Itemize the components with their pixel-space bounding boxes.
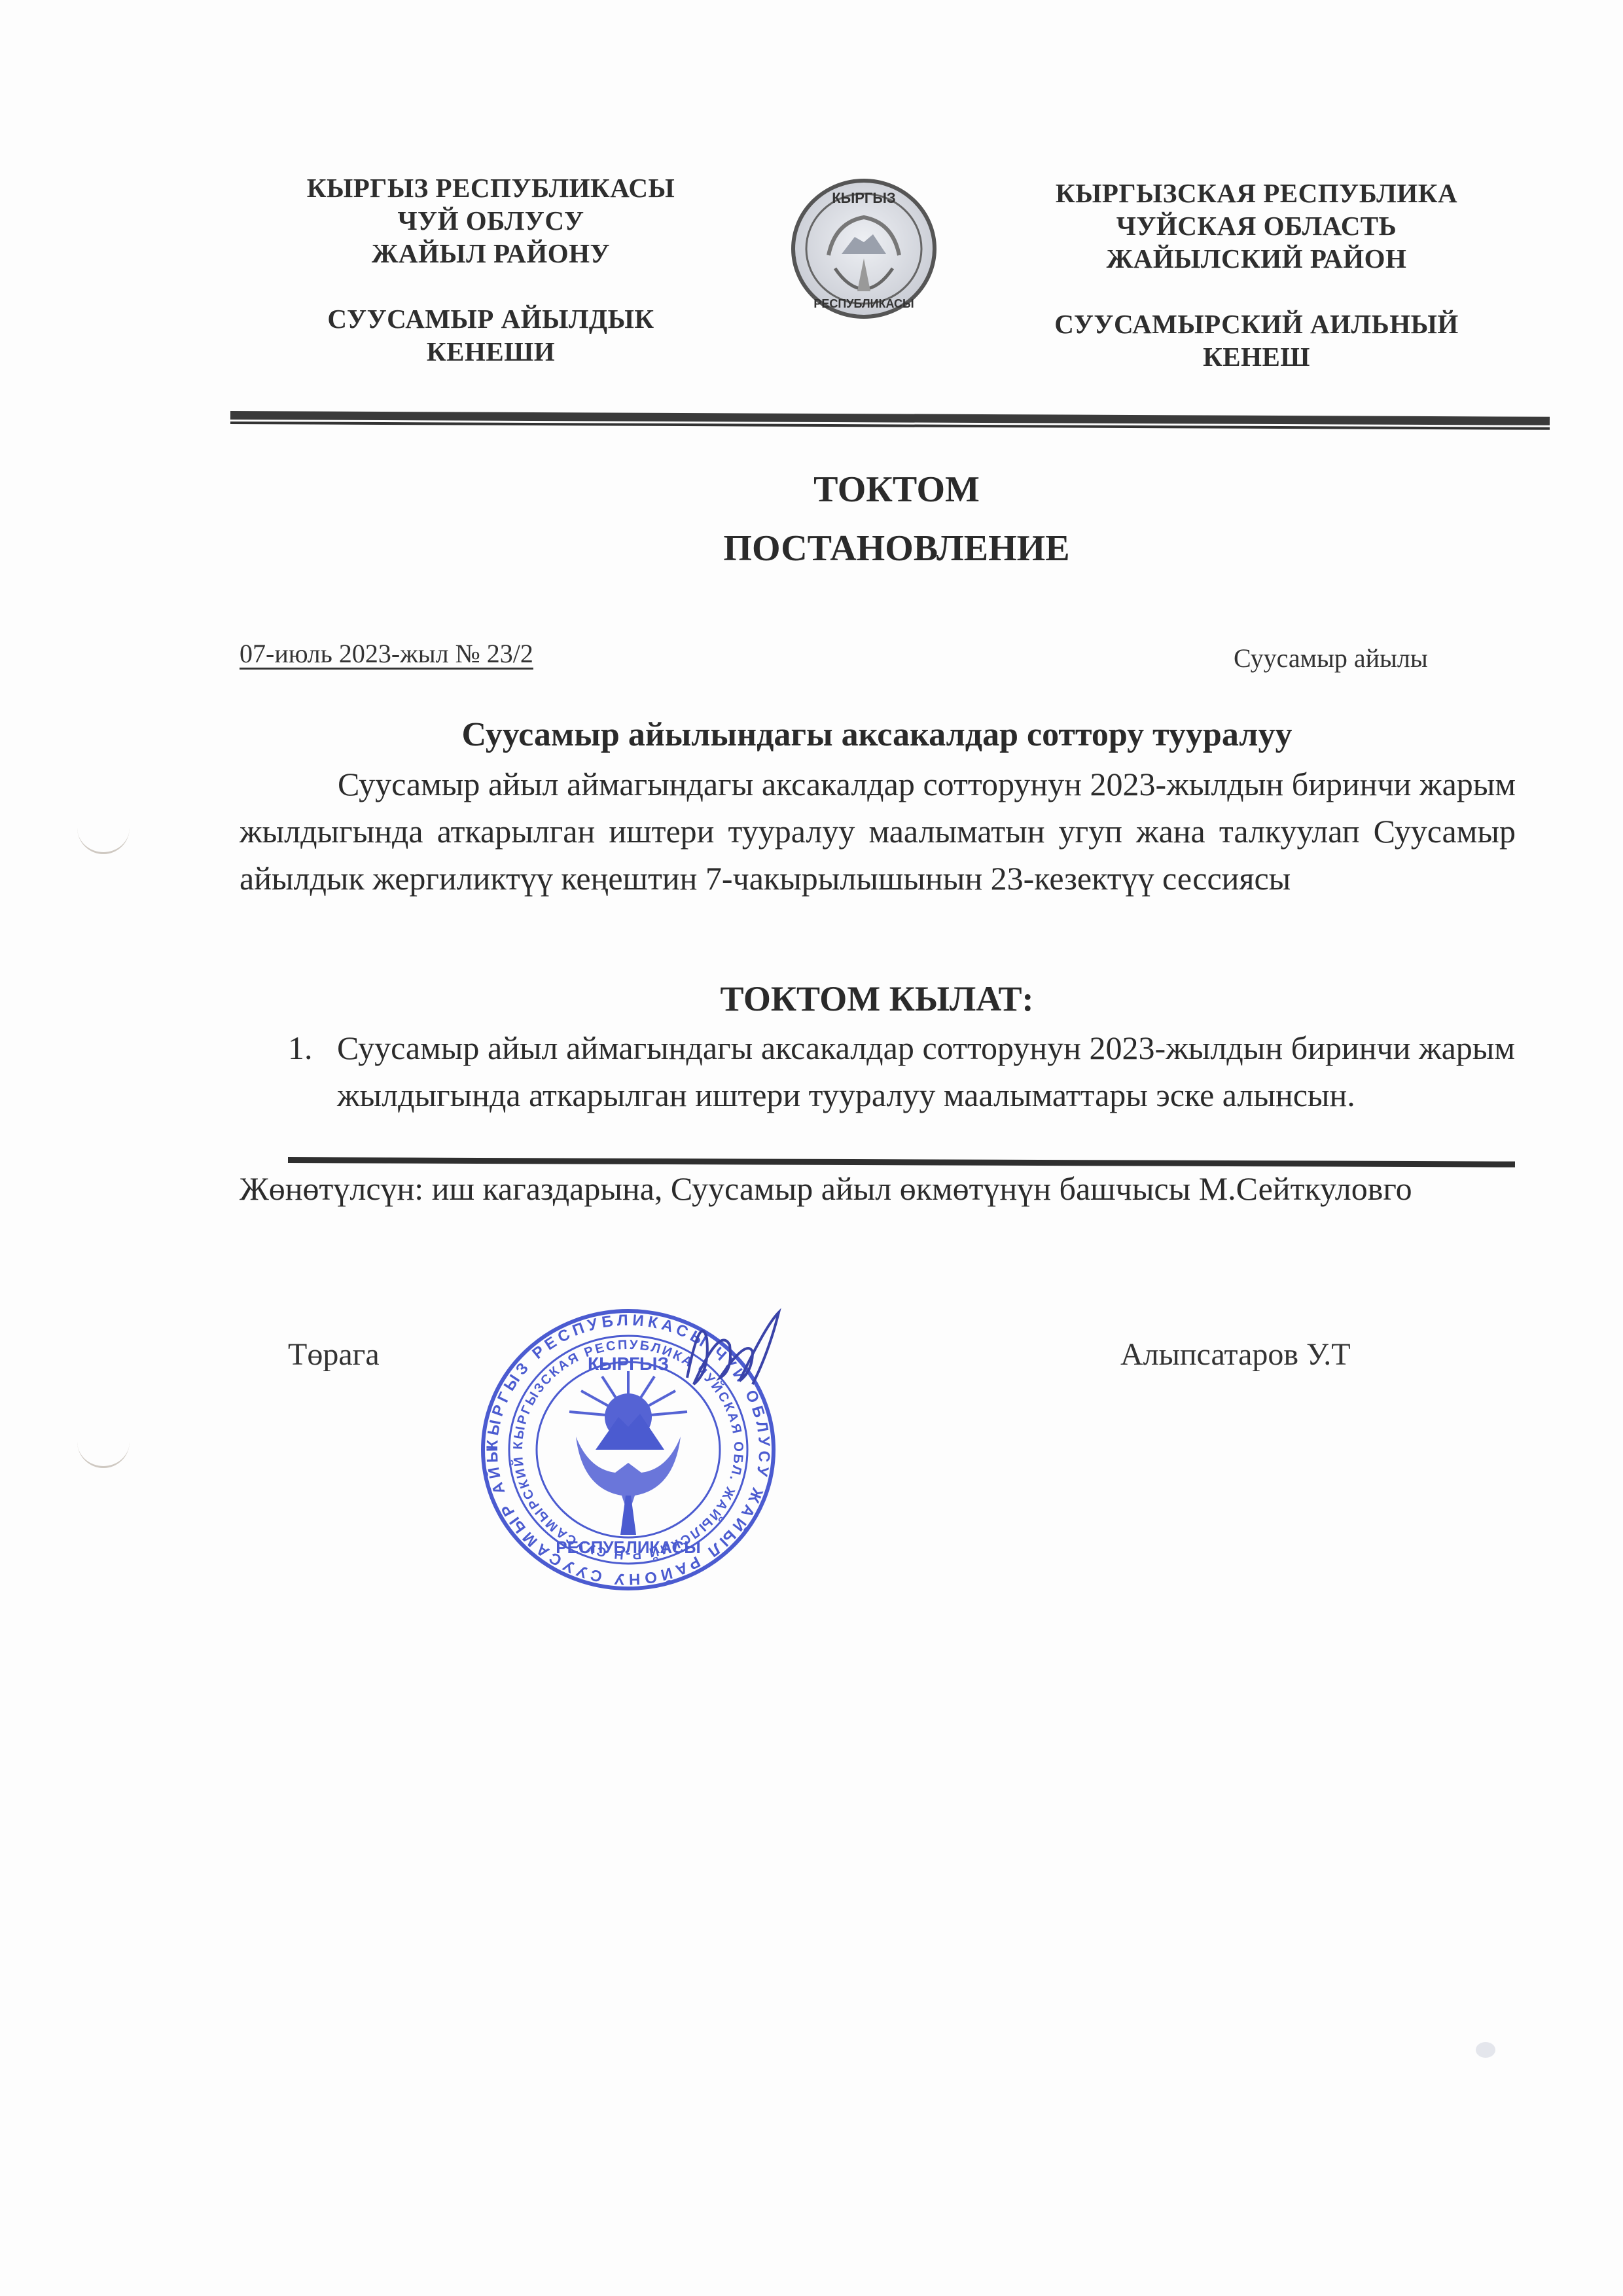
header-right-council: КЕНЕШ xyxy=(988,340,1525,373)
stamp-center-bottom: РЕСПУБЛИКАСЫ xyxy=(556,1537,701,1557)
punch-hole-bottom xyxy=(77,1440,130,1468)
document-subject: Суусамыр айылындагы аксакалдар соттору т… xyxy=(223,715,1531,754)
signatory-name: Алыпсатаров У.Т xyxy=(1120,1336,1351,1372)
punch-hole-top xyxy=(77,826,130,854)
svg-text:РЕСПУБЛИКАСЫ: РЕСПУБЛИКАСЫ xyxy=(813,297,914,310)
header-left-council: СУУСАМЫР АЙЫЛДЫК xyxy=(262,302,720,335)
distribution-paragraph: Жөнөтүлсүн: иш кагаздарына, Суусамыр айы… xyxy=(240,1165,1516,1212)
header-left-council: КЕНЕШИ xyxy=(262,335,720,368)
header-left-line: КЫРГЫЗ РЕСПУБЛИКАСЫ xyxy=(262,171,720,204)
kyrgyz-state-emblem-icon: КЫРГЫЗ РЕСПУБЛИКАСЫ xyxy=(789,177,938,321)
resolves-heading: ТОКТОМ КЫЛАТ: xyxy=(223,978,1531,1019)
header-right-line: КЫРГЫЗСКАЯ РЕСПУБЛИКА xyxy=(988,177,1525,209)
stamp-center-top: КЫРГЫЗ xyxy=(588,1354,669,1374)
header-right-block: КЫРГЫЗСКАЯ РЕСПУБЛИКА ЧУЙСКАЯ ОБЛАСТЬ ЖА… xyxy=(988,177,1525,373)
header-right-line: ЧУЙСКАЯ ОБЛАСТЬ xyxy=(988,209,1525,242)
resolution-item-number: 1. xyxy=(288,1024,313,1071)
state-emblem: КЫРГЫЗ РЕСПУБЛИКАСЫ xyxy=(789,177,938,321)
svg-text:КЫРГЫЗ: КЫРГЫЗ xyxy=(832,190,895,206)
official-stamp: КЫРГЫЗ РЕСПУБЛИКАСЫ ЧҮЙ ОБЛУСУ ЖАЙЫЛ РАЙ… xyxy=(471,1299,785,1600)
signatory-position: Төрага xyxy=(288,1336,380,1372)
distribution-text: Жөнөтүлсүн: иш кагаздарына, Суусамыр айы… xyxy=(240,1170,1412,1207)
title-russian: ПОСТАНОВЛЕНИЕ xyxy=(654,522,1139,575)
resolution-item-text: Суусамыр айыл аймагындагы аксакалдар сот… xyxy=(337,1024,1515,1119)
header-left-line: ЧУЙ ОБЛУСУ xyxy=(262,204,720,237)
title-block: ТОКТОМ ПОСТАНОВЛЕНИЕ xyxy=(654,463,1139,575)
title-kyrgyz: ТОКТОМ xyxy=(654,463,1139,516)
preamble-text: Суусамыр айыл аймагындагы аксакалдар сот… xyxy=(240,766,1516,897)
scan-artifact xyxy=(1476,2042,1495,2058)
document-date-number: 07-июль 2023-жыл № 23/2 xyxy=(240,638,533,669)
header-right-line: ЖАЙЫЛСКИЙ РАЙОН xyxy=(988,242,1525,275)
header-right-council: СУУСАМЫРСКИЙ АИЛЬНЫЙ xyxy=(988,308,1525,340)
document-place: Суусамыр айылы xyxy=(1234,643,1428,673)
header-left-line: ЖАЙЫЛ РАЙОНУ xyxy=(262,237,720,270)
header-left-block: КЫРГЫЗ РЕСПУБЛИКАСЫ ЧУЙ ОБЛУСУ ЖАЙЫЛ РАЙ… xyxy=(262,171,720,368)
resolution-item: 1. Суусамыр айыл аймагындагы аксакалдар … xyxy=(288,1024,1515,1119)
preamble-paragraph: Суусамыр айыл аймагындагы аксакалдар сот… xyxy=(240,761,1516,902)
official-round-stamp-icon: КЫРГЫЗ РЕСПУБЛИКАСЫ ЧҮЙ ОБЛУСУ ЖАЙЫЛ РАЙ… xyxy=(471,1299,785,1600)
